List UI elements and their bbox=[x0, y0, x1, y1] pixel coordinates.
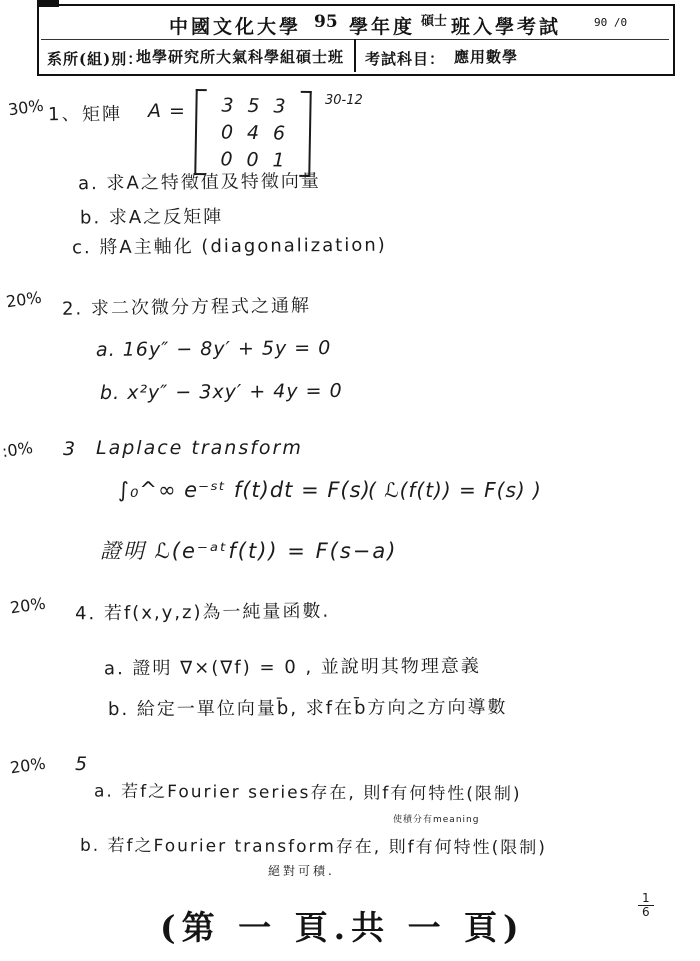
problem3-proof: 證明 ℒ(e⁻ᵃᵗf(t)) = F(s−a) bbox=[100, 535, 397, 565]
problem4-percent: 20% bbox=[9, 594, 47, 618]
problem1-percent: 30% bbox=[7, 96, 45, 120]
problem2-equation-a: a. 16y″ − 8y′ + 5y = 0 bbox=[96, 337, 331, 361]
problem4-part-b: b. 給定一單位向量b̄, 求f在b̄方向之方向導數 bbox=[108, 693, 508, 721]
problem3-aside: ( ℒ(f(t)) = F(s) ) bbox=[368, 478, 542, 502]
problem3-title: Laplace transform bbox=[96, 437, 303, 459]
header-table: 中國文化大學 95 學年度 碩士 班入學考試 90 /0 系所(組)別： 地學研… bbox=[37, 4, 675, 76]
matrix-A: 3 5 3 0 4 6 0 0 1 bbox=[194, 89, 311, 177]
matrix-cell: 3 bbox=[266, 95, 292, 117]
year-label: 學年度 bbox=[349, 12, 415, 39]
fraction-denominator: 6 bbox=[638, 906, 654, 918]
problem2-equation-b: b. x²y″ − 3xy′ + 4y = 0 bbox=[100, 380, 343, 404]
matrix-cell: 3 bbox=[214, 94, 240, 116]
problem1-matrix-lhs: A = bbox=[148, 100, 186, 122]
problem3-percent: :0% bbox=[1, 438, 34, 461]
problem5-part-a-note: 使積分有meaning bbox=[393, 812, 479, 825]
matrix-cell: 4 bbox=[240, 122, 266, 144]
problem3-number: 3 bbox=[63, 438, 76, 460]
matrix-cell: 0 bbox=[214, 121, 240, 143]
department-label: 系所(組)別： bbox=[47, 48, 143, 69]
subject-label: 考試科目： bbox=[365, 48, 445, 69]
academic-year: 95 bbox=[314, 12, 338, 32]
university-name: 中國文化大學 bbox=[169, 12, 301, 39]
problem5-part-b-note: 絕對可積. bbox=[268, 862, 335, 879]
handwritten-fraction: 1 6 bbox=[638, 893, 654, 918]
problem1-label: 矩陣 bbox=[82, 100, 122, 127]
problem3-integral: ∫₀^∞ e⁻ˢᵗ f(t)dt = F(s) bbox=[118, 478, 371, 502]
problem5-percent: 20% bbox=[9, 754, 47, 778]
problem4-part-a: a. 證明 ∇×(∇f) = 0 , 並說明其物理意義 bbox=[104, 652, 481, 681]
degree-label: 碩士 bbox=[421, 10, 447, 29]
problem2-percent: 20% bbox=[5, 288, 43, 312]
problem1-part-b: b. 求A之反矩陣 bbox=[80, 203, 223, 230]
problem1-number: 1、 bbox=[48, 100, 82, 127]
subject-value: 應用數學 bbox=[454, 46, 518, 67]
matrix-values: 3 5 3 0 4 6 0 0 1 bbox=[205, 89, 300, 177]
scanned-exam-page: 中國文化大學 95 學年度 碩士 班入學考試 90 /0 系所(組)別： 地學研… bbox=[0, 0, 700, 961]
problem1-part-a: a. 求A之特徵值及特徵向量 bbox=[78, 167, 321, 196]
header-cell-divider bbox=[354, 39, 356, 72]
problem5-number: 5 bbox=[75, 753, 88, 775]
matrix-cell: 6 bbox=[266, 122, 292, 144]
problem5-part-b: b. 若f之Fourier transform存在, 則f有何特性(限制) bbox=[80, 831, 547, 858]
header-title-row: 中國文化大學 95 學年度 碩士 班入學考試 90 /0 bbox=[39, 6, 673, 38]
problem5-part-a: a. 若f之Fourier series存在, 則f有何特性(限制) bbox=[94, 777, 522, 805]
problem1-part-c: c. 將A主軸化 (diagonalization) bbox=[72, 231, 387, 260]
exam-label: 班入學考試 bbox=[451, 12, 561, 39]
problem1-margin-annotation: 30-12 bbox=[325, 93, 363, 108]
matrix-cell: 5 bbox=[240, 95, 266, 117]
problem4-heading: 4. 若f(x,y,z)為一純量函數. bbox=[75, 597, 330, 626]
corner-note: 90 /0 bbox=[594, 16, 627, 29]
page-number-footer: (第 一 頁.共 一 頁) bbox=[160, 902, 525, 949]
department-value: 地學研究所大氣科學組碩士班 bbox=[136, 46, 344, 67]
matrix-right-bracket bbox=[299, 91, 311, 177]
problem2-heading: 2. 求二次微分方程式之通解 bbox=[62, 291, 311, 320]
